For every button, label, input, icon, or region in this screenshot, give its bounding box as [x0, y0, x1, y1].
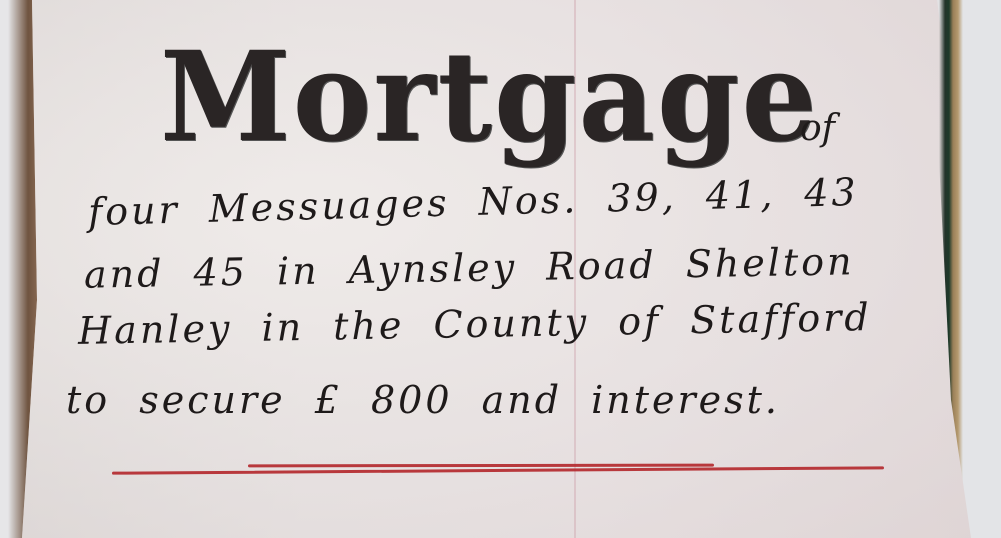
title-suffix: of — [800, 108, 835, 149]
handwritten-line: to secure £ 800 and interest. — [66, 378, 780, 422]
photo-background: Mortgage of four Messuages Nos. 39, 41, … — [0, 0, 1001, 538]
document-title: Mortgage — [160, 35, 819, 159]
